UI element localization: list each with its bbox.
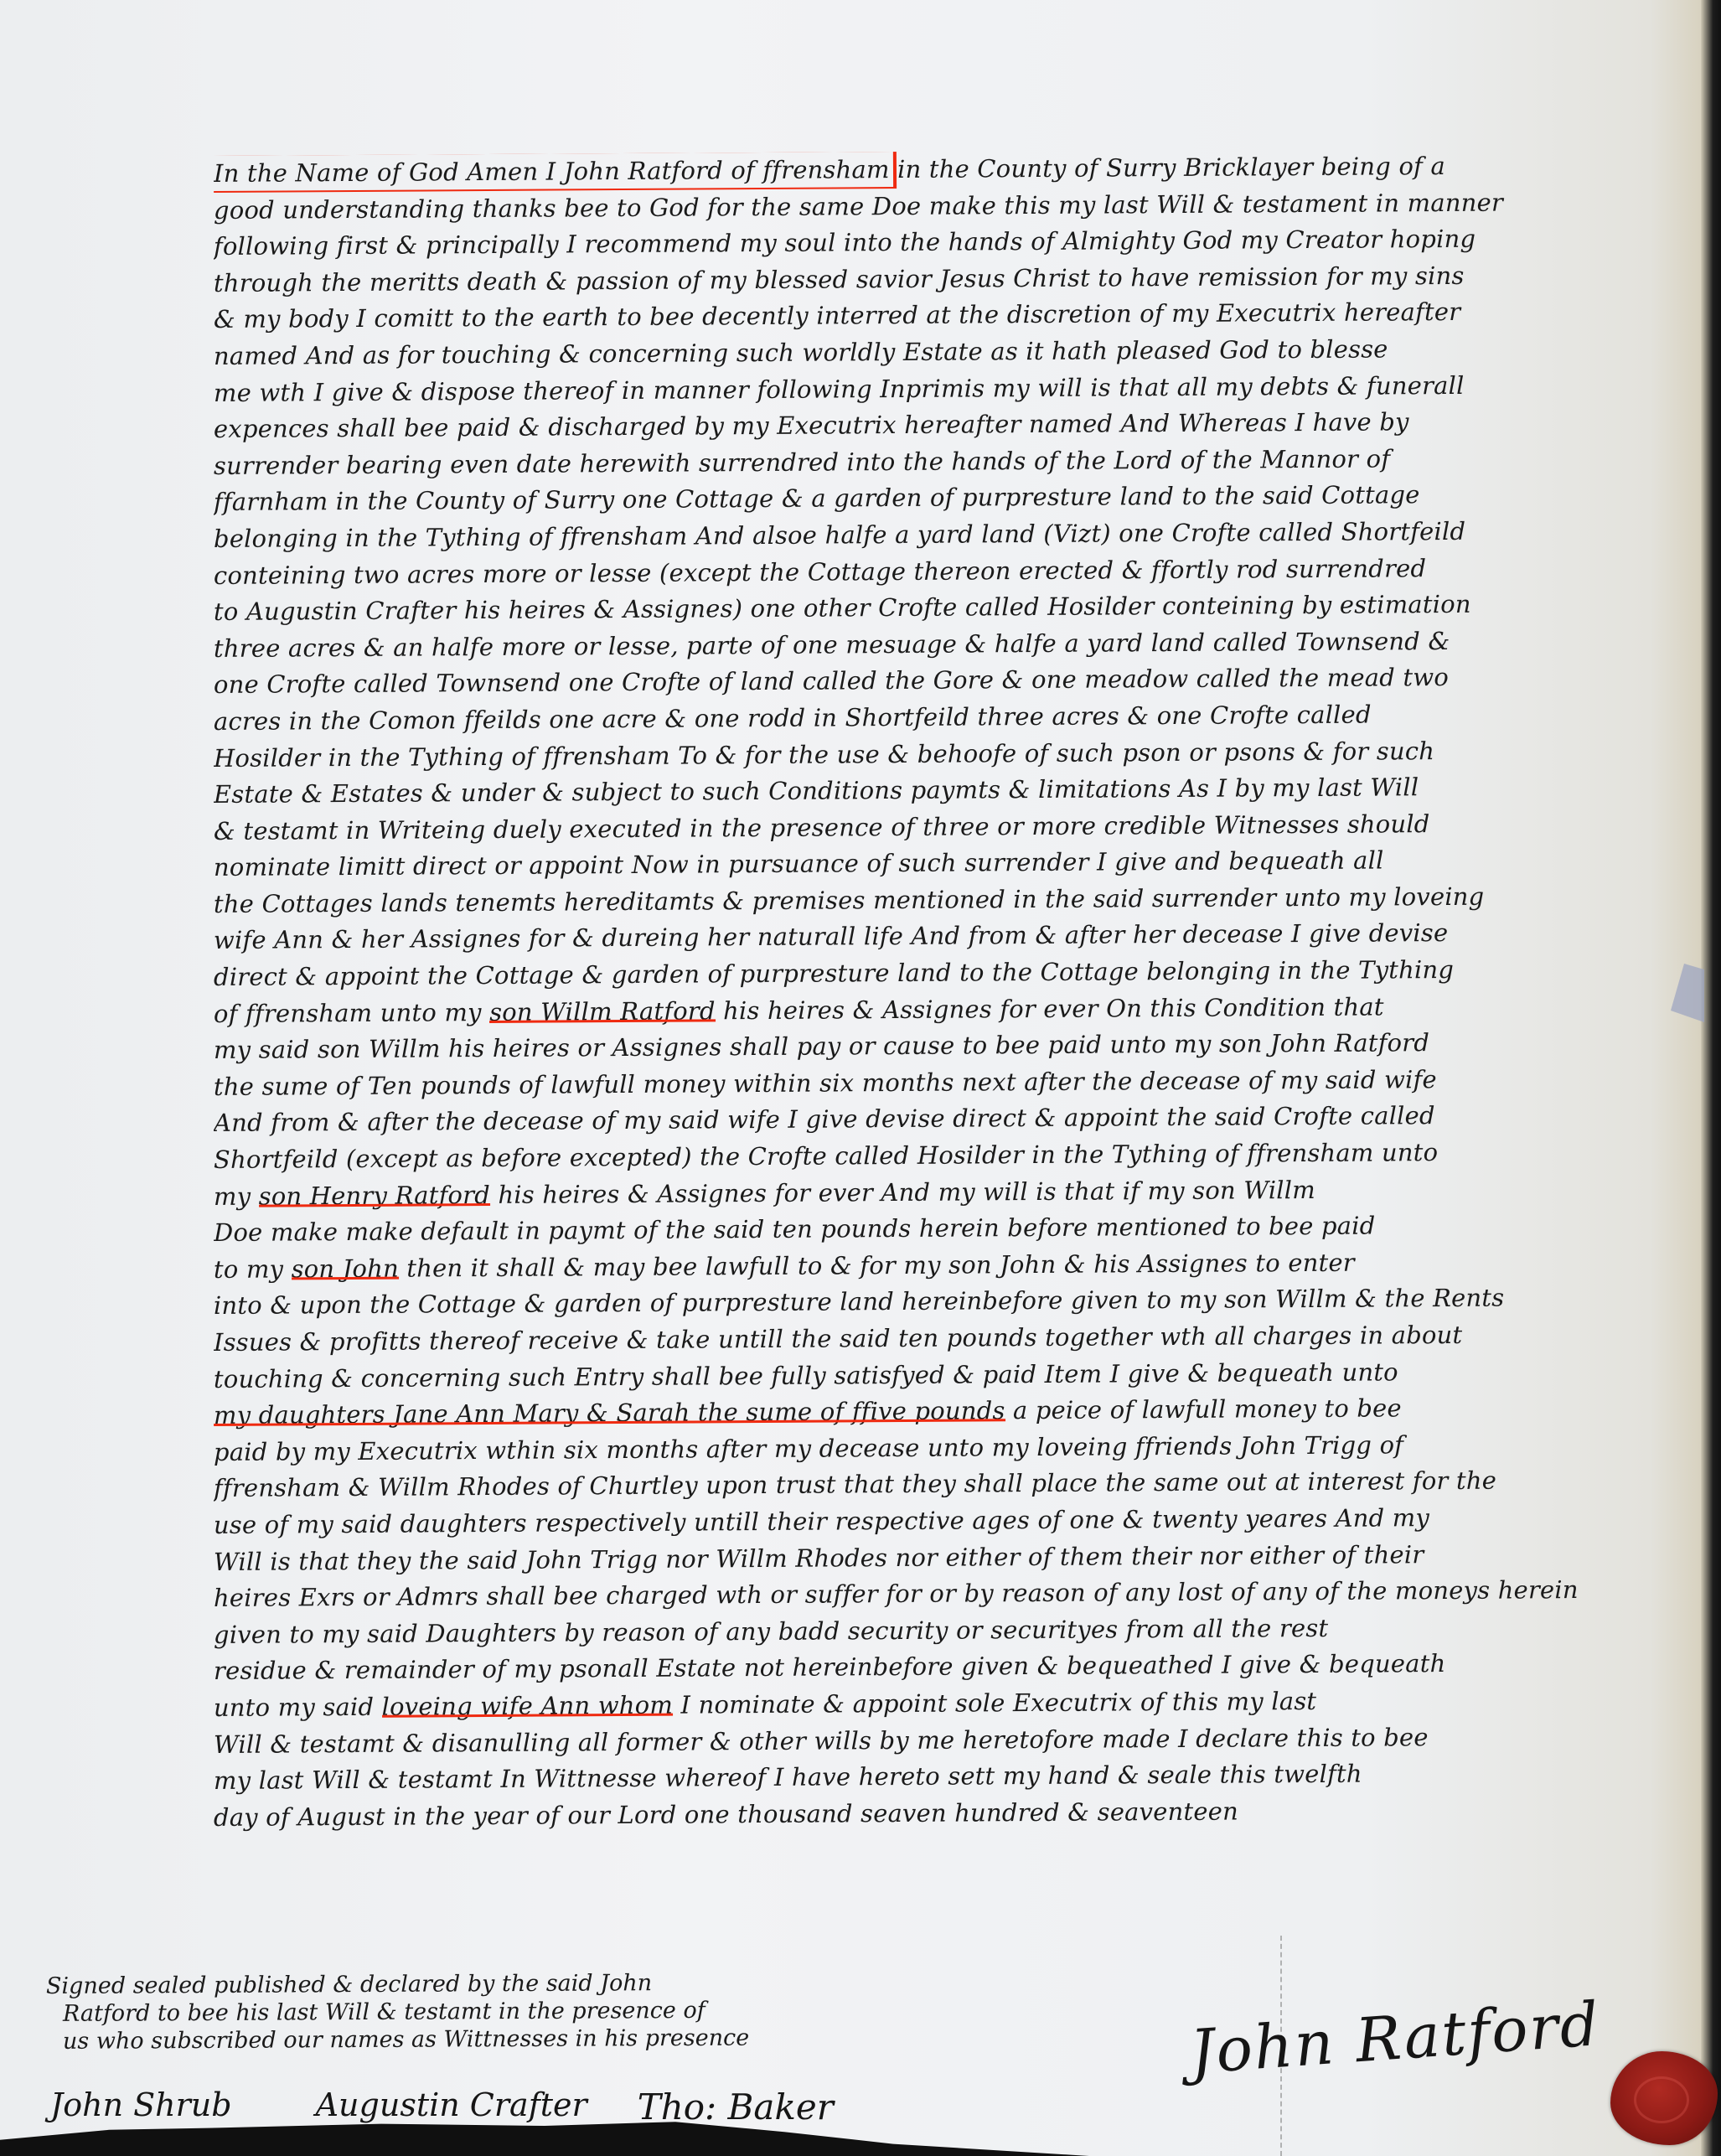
witness-signature: Augustin Crafter xyxy=(316,2086,587,2128)
underlined-beneficiary: son Henry Ratford xyxy=(259,1181,490,1211)
underlined-beneficiary: loveing wife Ann whom xyxy=(382,1691,674,1721)
attestation-line: Signed sealed published & declared by th… xyxy=(46,1968,800,2000)
attestation-line: us who subscribed our names as Wittnesse… xyxy=(46,2024,800,2055)
attestation-clause: Signed sealed published & declared by th… xyxy=(46,1972,800,2055)
wax-seal xyxy=(1610,2051,1718,2145)
witness-signature: Tho: Baker xyxy=(638,2086,834,2128)
underlined-beneficiary: son Willm Ratford xyxy=(489,996,716,1026)
attestation-line: Ratford to bee his last Will & testamt i… xyxy=(46,1996,800,2028)
underlined-beneficiary: my daughters Jane Ann Mary & Sarah the s… xyxy=(214,1396,1005,1430)
witness-signatures: John Shrub Augustin Crafter Tho: Baker xyxy=(50,2086,834,2128)
underlined-beneficiary: son John xyxy=(292,1254,399,1283)
witness-signature: John Shrub xyxy=(50,2086,232,2128)
will-body-text: In the Name of God Amen I John Ratford o… xyxy=(214,156,1713,1836)
highlighted-invocation-box: In the Name of God Amen I John Ratford o… xyxy=(214,155,890,188)
